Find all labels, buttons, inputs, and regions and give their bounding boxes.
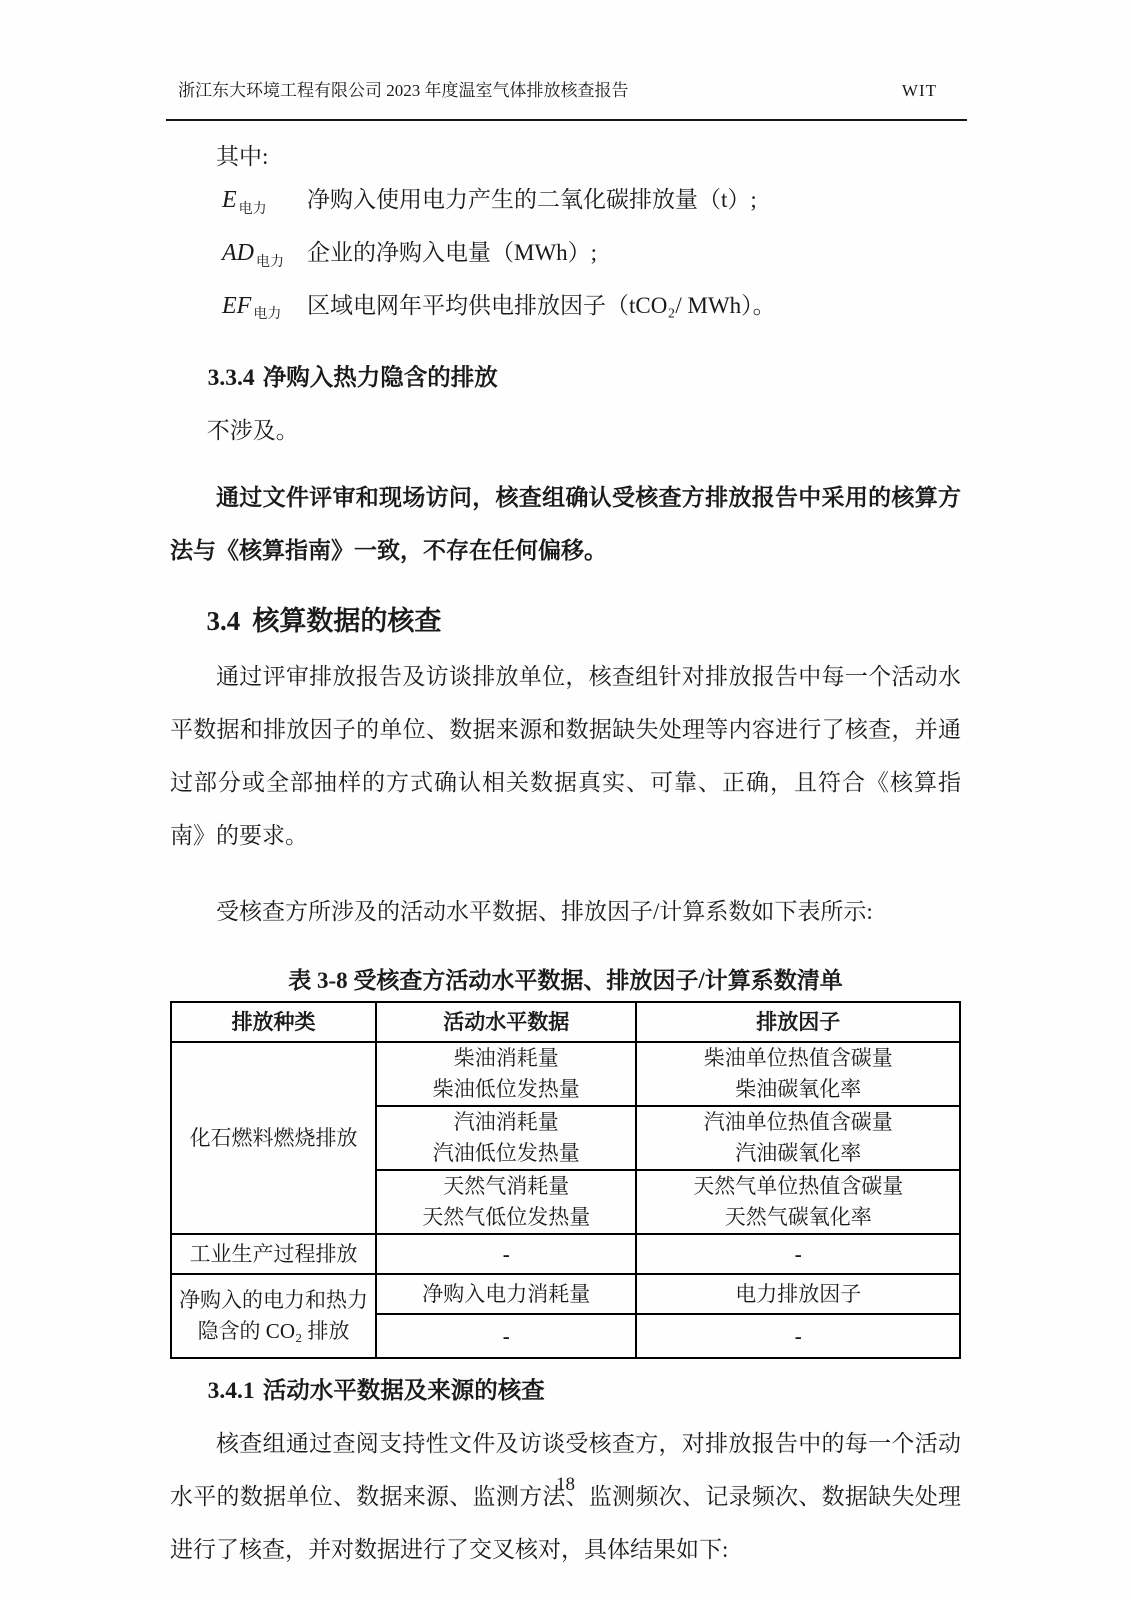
header-report-title: 浙江东大环境工程有限公司 2023 年度温室气体排放核查报告: [178, 80, 629, 102]
table-row: 工业生产过程排放 - -: [171, 1234, 960, 1274]
cell-gasoline-factor: 汽油单位热值含碳量 汽油碳氧化率: [636, 1106, 960, 1170]
cell-gasoline-activity: 汽油消耗量 汽油低位发热量: [376, 1106, 636, 1170]
cell-line: 柴油低位发热量: [381, 1074, 631, 1105]
cell-diesel-activity: 柴油消耗量 柴油低位发热量: [376, 1042, 636, 1106]
formula-definition-row: EF电力 区域电网年平均供电排放因子（tCO₂/ MWh）。: [170, 289, 961, 333]
page-number: 18: [0, 1474, 1131, 1496]
cell-natgas-activity: 天然气消耗量 天然气低位发热量: [376, 1170, 636, 1234]
document-page: 浙江东大环境工程有限公司 2023 年度温室气体排放核查报告 WIT 其中: E…: [0, 0, 1131, 1600]
dash-placeholder: -: [795, 1324, 802, 1348]
header-rule: [166, 119, 967, 121]
dash-placeholder: -: [503, 1324, 510, 1348]
cell-line: 隐含的 CO₂ 排放: [176, 1316, 371, 1347]
formula-definition-row: AD电力 企业的净购入电量（MWh）;: [170, 236, 961, 280]
formula-definition-text: 区域电网年平均供电排放因子（tCO₂/ MWh）。: [307, 289, 961, 323]
cell-fossil-category: 化石燃料燃烧排放: [171, 1042, 376, 1234]
formula-definition-row: E电力 净购入使用电力产生的二氧化碳排放量（t）;: [170, 183, 961, 227]
cell-electricity-category: 净购入的电力和热力 隐含的 CO₂ 排放: [171, 1274, 376, 1358]
formula-definition-text: 净购入使用电力产生的二氧化碳排放量（t）;: [307, 183, 961, 217]
section-number: 3.3.4: [208, 365, 255, 391]
formula-definition-text: 企业的净购入电量（MWh）;: [307, 236, 961, 270]
not-involved-text: 不涉及。: [170, 414, 961, 448]
cell-electricity-activity-dash: -: [376, 1314, 636, 1358]
dash-placeholder: -: [503, 1242, 510, 1266]
verification-conclusion-statement: 通过文件评审和现场访问，核查组确认受核查方排放报告中采用的核算方法与《核算指南》…: [170, 471, 961, 577]
formula-intro-label: 其中:: [170, 140, 961, 174]
document-body: 其中: E电力 净购入使用电力产生的二氧化碳排放量（t）; AD电力 企业的净购…: [170, 140, 961, 1599]
cell-line: 天然气消耗量: [381, 1171, 631, 1202]
table-header-row: 排放种类 活动水平数据 排放因子: [171, 1002, 960, 1042]
section-title: 净购入热力隐含的排放: [263, 365, 498, 391]
section-number: 3.4.1: [208, 1378, 255, 1404]
formula-subscript: 电力: [256, 255, 284, 270]
formula-symbol-e-electricity: E电力: [222, 183, 307, 227]
cell-electricity-factor-dash: -: [636, 1314, 960, 1358]
table-row: 净购入的电力和热力 隐含的 CO₂ 排放 净购入电力消耗量 电力排放因子: [171, 1274, 960, 1314]
header-org-abbr: WIT: [902, 80, 965, 102]
cell-process-category: 工业生产过程排放: [171, 1234, 376, 1274]
cell-natgas-factor: 天然气单位热值含碳量 天然气碳氧化率: [636, 1170, 960, 1234]
section-title: 核算数据的核查: [252, 606, 441, 636]
cell-electricity-activity: 净购入电力消耗量: [376, 1274, 636, 1314]
activity-data-table: 排放种类 活动水平数据 排放因子 化石燃料燃烧排放 柴油消耗量 柴油低位发热量 …: [170, 1001, 961, 1359]
table-caption: 表 3-8 受核查方活动水平数据、排放因子/计算系数清单: [170, 961, 961, 1001]
cell-line: 天然气低位发热量: [381, 1202, 631, 1233]
cell-process-activity: -: [376, 1234, 636, 1274]
column-header-emission-type: 排放种类: [171, 1002, 376, 1042]
section-title: 活动水平数据及来源的核查: [263, 1378, 545, 1404]
cell-line: 汽油消耗量: [381, 1107, 631, 1138]
section-3-4-paragraph: 通过评审排放报告及访谈排放单位，核查组针对排放报告中每一个活动水平数据和排放因子…: [170, 650, 961, 862]
cell-line: 汽油碳氧化率: [641, 1138, 955, 1169]
formula-symbol-ef-electricity: EF电力: [222, 289, 307, 333]
section-heading-3-4-1: 3.4.1活动水平数据及来源的核查: [170, 1373, 961, 1409]
cell-diesel-factor: 柴油单位热值含碳量 柴油碳氧化率: [636, 1042, 960, 1106]
column-header-emission-factor: 排放因子: [636, 1002, 960, 1042]
dash-placeholder: -: [795, 1242, 802, 1266]
formula-subscript: 电力: [239, 202, 267, 217]
section-number: 3.4: [206, 606, 240, 636]
cell-line: 汽油单位热值含碳量: [641, 1107, 955, 1138]
cell-line: 天然气单位热值含碳量: [641, 1171, 955, 1202]
cell-process-factor: -: [636, 1234, 960, 1274]
cell-line: 净购入的电力和热力: [176, 1285, 371, 1316]
section-3-4-1-paragraph: 核查组通过查阅支持性文件及访谈受核查方，对排放报告中的每一个活动水平的数据单位、…: [170, 1417, 961, 1576]
cell-line: 柴油单位热值含碳量: [641, 1043, 955, 1074]
formula-subscript: 电力: [253, 307, 281, 322]
cell-line: 天然气碳氧化率: [641, 1202, 955, 1233]
page-header: 浙江东大环境工程有限公司 2023 年度温室气体排放核查报告 WIT: [178, 80, 965, 102]
table-intro-text: 受核查方所涉及的活动水平数据、排放因子/计算系数如下表所示:: [170, 885, 961, 938]
cell-line: 柴油消耗量: [381, 1043, 631, 1074]
formula-symbol-ad-electricity: AD电力: [222, 236, 307, 280]
cell-electricity-factor: 电力排放因子: [636, 1274, 960, 1314]
column-header-activity-data: 活动水平数据: [376, 1002, 636, 1042]
section-heading-3-3-4: 3.3.4净购入热力隐含的排放: [170, 360, 961, 396]
cell-line: 汽油低位发热量: [381, 1138, 631, 1169]
table-row: 化石燃料燃烧排放 柴油消耗量 柴油低位发热量 柴油单位热值含碳量 柴油碳氧化率: [171, 1042, 960, 1106]
cell-line: 柴油碳氧化率: [641, 1074, 955, 1105]
section-heading-3-4: 3.4核算数据的核查: [170, 600, 961, 642]
